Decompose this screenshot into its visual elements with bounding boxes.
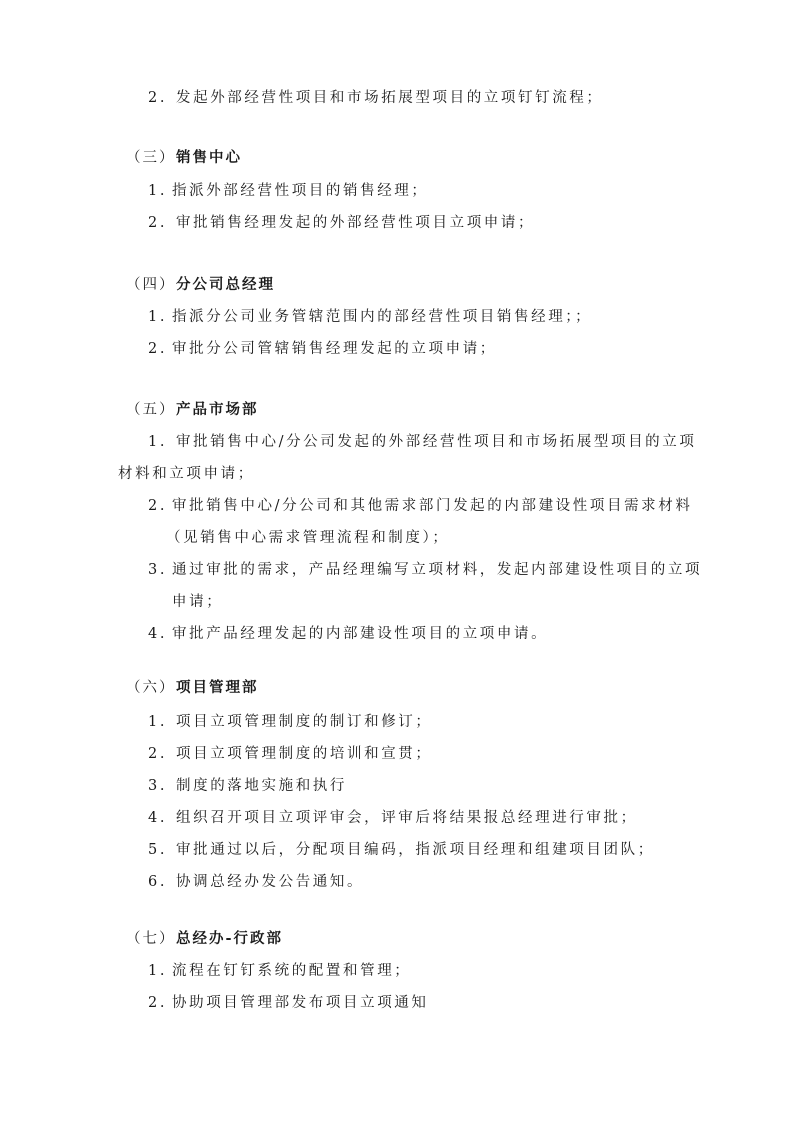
list-item: 5.审批通过以后，分配项目编码，指派项目经理和组建项目团队；	[148, 840, 655, 860]
section-title: 项目管理部	[176, 679, 259, 696]
list-item: 2.项目立项管理制度的培训和宣贯；	[148, 744, 433, 764]
list-item-text: 组织召开项目立项评审会，评审后将结果报总经理进行审批；	[176, 810, 638, 826]
section-heading: （三）销售中心	[126, 148, 242, 168]
list-item-number: 1.	[148, 712, 176, 732]
list-item-number: 1.	[148, 307, 172, 327]
list-item: 1.审批销售中心/分公司发起的外部经营性项目和市场拓展型项目的立项	[148, 432, 696, 452]
section-heading: （五）产品市场部	[126, 400, 259, 420]
list-item-continuation: （见销售中心需求管理流程和制度）；	[166, 528, 449, 548]
section-heading: （四）分公司总经理	[126, 275, 275, 295]
list-item: 2.协助项目管理部发布项目立项通知	[148, 993, 429, 1013]
list-item-text: 指派分公司业务管辖范围内的部经营性项目销售经理；；	[172, 309, 592, 325]
section-number: （六）	[126, 678, 176, 698]
list-item: 6.协调总经办发公告通知。	[148, 872, 364, 892]
list-item-text: 审批销售中心/分公司发起的外部经营性项目和市场拓展型项目的立项	[176, 434, 696, 450]
list-item-number: 2.	[148, 88, 176, 108]
list-item-number: 1.	[148, 181, 172, 201]
list-item-number: 4.	[148, 808, 176, 828]
list-item-text: 项目立项管理制度的制订和修订；	[176, 714, 433, 730]
section-number: （四）	[126, 275, 176, 295]
list-item-text: 审批分公司管辖销售经理发起的立项申请；	[172, 341, 497, 357]
list-item: 2.发起外部经营性项目和市场拓展型项目的立项钉钉流程；	[148, 88, 604, 108]
list-item: 4.审批产品经理发起的内部建设性项目的立项申请。	[148, 624, 548, 644]
section-heading: （七）总经办-行政部	[126, 929, 283, 949]
list-item: 3.通过审批的需求，产品经理编写立项材料，发起内部建设性项目的立项	[148, 560, 702, 580]
list-item-number: 5.	[148, 840, 176, 860]
list-item-number: 6.	[148, 872, 176, 892]
list-item-text: 发起外部经营性项目和市场拓展型项目的立项钉钉流程；	[176, 90, 604, 106]
list-item-text: 流程在钉钉系统的配置和管理；	[172, 963, 411, 979]
list-item-text: 审批销售经理发起的外部经营性项目立项申请；	[176, 215, 535, 231]
list-item-continuation: 材料和立项申请；	[118, 464, 255, 484]
list-item-text: 协助项目管理部发布项目立项通知	[172, 995, 429, 1011]
list-item-text: 项目立项管理制度的培训和宣贯；	[176, 746, 433, 762]
section-number: （五）	[126, 400, 176, 420]
list-item: 4.组织召开项目立项评审会，评审后将结果报总经理进行审批；	[148, 808, 638, 828]
list-item: 2.审批分公司管辖销售经理发起的立项申请；	[148, 339, 497, 359]
list-item-text: 协调总经办发公告通知。	[176, 874, 364, 890]
list-item-text: 审批通过以后，分配项目编码，指派项目经理和组建项目团队；	[176, 842, 655, 858]
list-item: 1.指派外部经营性项目的销售经理；	[148, 181, 429, 201]
list-item-number: 1.	[148, 432, 176, 452]
list-item-text: 通过审批的需求，产品经理编写立项材料，发起内部建设性项目的立项	[172, 562, 702, 578]
list-item: 1.项目立项管理制度的制订和修订；	[148, 712, 433, 732]
section-number: （七）	[126, 929, 176, 949]
list-item-number: 2.	[148, 339, 172, 359]
list-item-number: 2.	[148, 496, 172, 516]
list-item-number: 4.	[148, 624, 172, 644]
list-item-text: 审批产品经理发起的内部建设性项目的立项申请。	[172, 626, 548, 642]
list-item-continuation: 申请；	[172, 592, 223, 612]
list-item: 3.制度的落地实施和执行	[148, 776, 347, 796]
list-item: 2.审批销售中心/分公司和其他需求部门发起的内部建设性项目需求材料	[148, 496, 692, 516]
list-item: 1.流程在钉钉系统的配置和管理；	[148, 961, 411, 981]
list-item-number: 1.	[148, 961, 172, 981]
list-item: 1.指派分公司业务管辖范围内的部经营性项目销售经理；；	[148, 307, 592, 327]
section-title: 总经办-行政部	[176, 930, 283, 947]
list-item-text: 指派外部经营性项目的销售经理；	[172, 183, 429, 199]
list-item-text: 审批销售中心/分公司和其他需求部门发起的内部建设性项目需求材料	[172, 498, 692, 514]
list-item-number: 2.	[148, 993, 172, 1013]
section-title: 分公司总经理	[176, 276, 275, 293]
list-item-number: 2.	[148, 213, 176, 233]
list-item-number: 2.	[148, 744, 176, 764]
list-item: 2.审批销售经理发起的外部经营性项目立项申请；	[148, 213, 535, 233]
section-number: （三）	[126, 148, 176, 168]
section-title: 销售中心	[176, 149, 242, 166]
list-item-number: 3.	[148, 776, 176, 796]
list-item-number: 3.	[148, 560, 172, 580]
list-item-text: 制度的落地实施和执行	[176, 778, 347, 794]
section-title: 产品市场部	[176, 401, 259, 418]
section-heading: （六）项目管理部	[126, 678, 259, 698]
